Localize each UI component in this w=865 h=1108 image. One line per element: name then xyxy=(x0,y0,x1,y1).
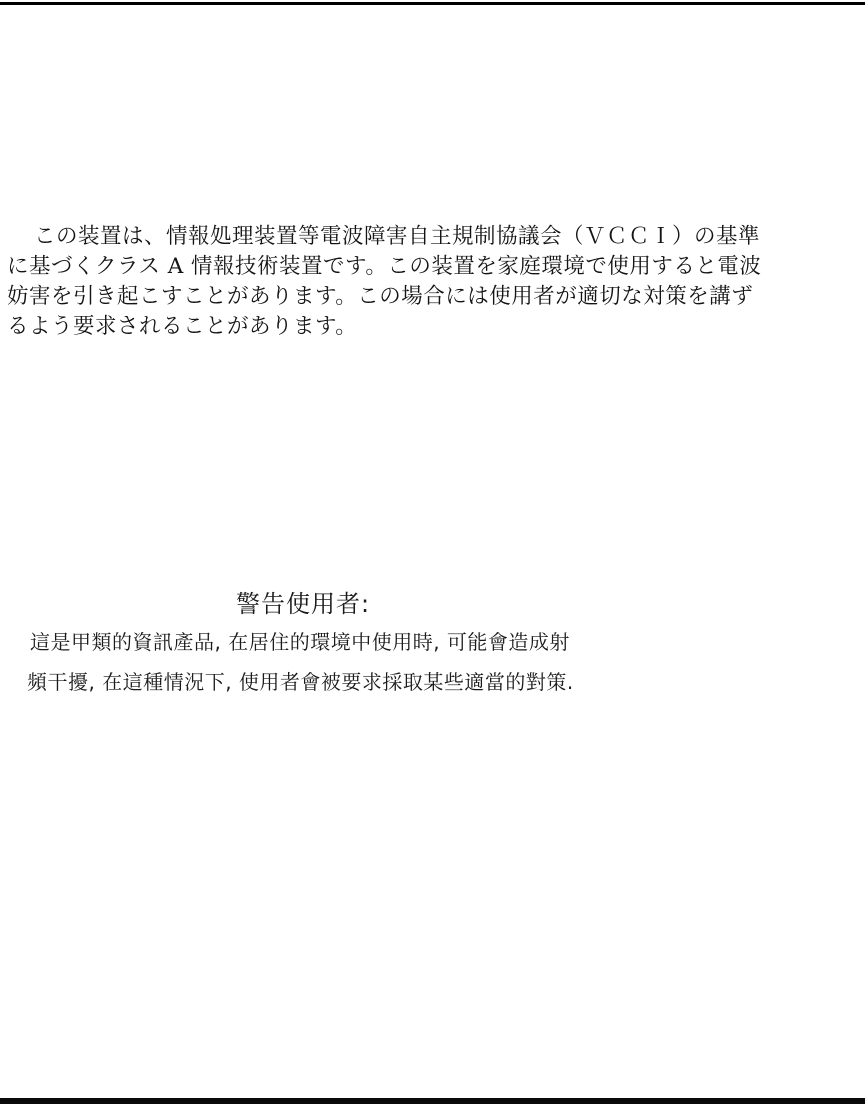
taiwan-warning-heading: 警告使用者: xyxy=(236,590,370,618)
bottom-rule xyxy=(0,1098,865,1104)
vcci-notice-line-2: に基づくクラス A 情報技術装置です。この装置を家庭環境で使用すると電波 xyxy=(7,252,857,282)
regulatory-notice-page: この装置は、情報処理装置等電波障害自主規制協議会（ＶＣＣＩ）の基準 に基づくクラ… xyxy=(0,0,865,1108)
taiwan-warning-line-1: 這是甲類的資訊產品, 在居住的環境中使用時, 可能會造成射 xyxy=(30,629,570,655)
vcci-notice-line-1: この装置は、情報処理装置等電波障害自主規制協議会（ＶＣＣＩ）の基準 xyxy=(7,222,857,252)
top-rule xyxy=(0,2,865,5)
vcci-notice-line-3: 妨害を引き起こすことがあります。この場合には使用者が適切な対策を講ず xyxy=(7,282,857,312)
vcci-notice-line-4: るよう要求されることがあります。 xyxy=(7,312,857,342)
vcci-class-a-notice: この装置は、情報処理装置等電波障害自主規制協議会（ＶＣＣＩ）の基準 に基づくクラ… xyxy=(7,222,857,342)
taiwan-warning-line-2: 頻干擾, 在這種情況下, 使用者會被要求採取某些適當的對策. xyxy=(27,669,574,695)
